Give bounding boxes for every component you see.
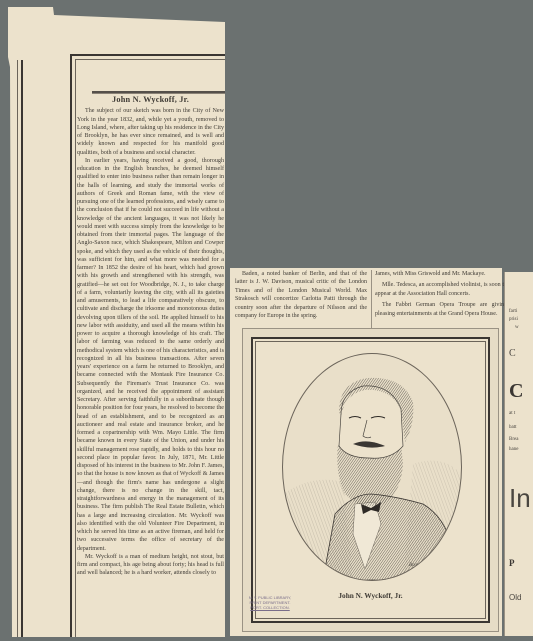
fragment-text: farti [509, 308, 517, 315]
news-paragraph: James, with Miss Griswold and Mr. Mackay… [375, 270, 507, 278]
article-paragraph: The subject of our sketch was born in th… [77, 107, 224, 157]
fragment-text: C [509, 380, 523, 402]
far-right-fragment: farti prisi w C C at t batt Brea hane In… [504, 272, 533, 636]
article-paragraph: In earlier years, having received a good… [77, 157, 224, 553]
biography-article: John N. Wyckoff, Jr. The subject of our … [77, 94, 224, 578]
fragment-text: Old [509, 594, 521, 601]
svg-text:Bogert Sc.: Bogert Sc. [409, 563, 430, 568]
column-divider [371, 270, 372, 330]
news-paragraph: The Fabbri German Opera Troupe are givin… [375, 301, 507, 318]
fragment-text: prisi [509, 316, 518, 323]
portrait-oval: Bogert Sc. [282, 353, 462, 581]
stamp-line: PORT. COLLECTION. [240, 605, 300, 610]
portrait-engraving-icon: Bogert Sc. [283, 354, 461, 580]
fragment-text: Brea [509, 436, 518, 443]
article-title: John N. Wyckoff, Jr. [77, 96, 224, 104]
news-paragraph: Baden, a noted banker of Berlin, and tha… [235, 270, 367, 320]
library-stamp: N. Y. PUBLIC LIBRARY, PRINT DEPARTMENT. … [240, 595, 300, 610]
news-paragraph: Mlle. Tedesca, an accomplished violinist… [375, 281, 507, 298]
column-rule [17, 60, 18, 637]
fragment-text: at t [509, 410, 515, 417]
fragment-text: w [515, 324, 519, 331]
article-paragraph: Mr. Wyckoff is a man of medium height, n… [77, 553, 224, 578]
portrait-border: Bogert Sc. John N. Wyckoff, Jr. N. Y. PU… [251, 337, 490, 623]
column-rule [21, 60, 23, 637]
right-clipping: Baden, a noted banker of Berlin, and tha… [230, 268, 502, 636]
portrait-frame: Bogert Sc. John N. Wyckoff, Jr. N. Y. PU… [242, 328, 499, 632]
fragment-text: In [509, 484, 531, 512]
news-column-b: James, with Miss Griswold and Mr. Mackay… [375, 270, 507, 321]
fragment-text: C [509, 350, 516, 357]
fragment-text: batt [509, 424, 517, 431]
fragment-text: hane [509, 446, 518, 453]
news-column-a: Baden, a noted banker of Berlin, and tha… [235, 270, 367, 323]
fragment-text: P [509, 560, 515, 567]
